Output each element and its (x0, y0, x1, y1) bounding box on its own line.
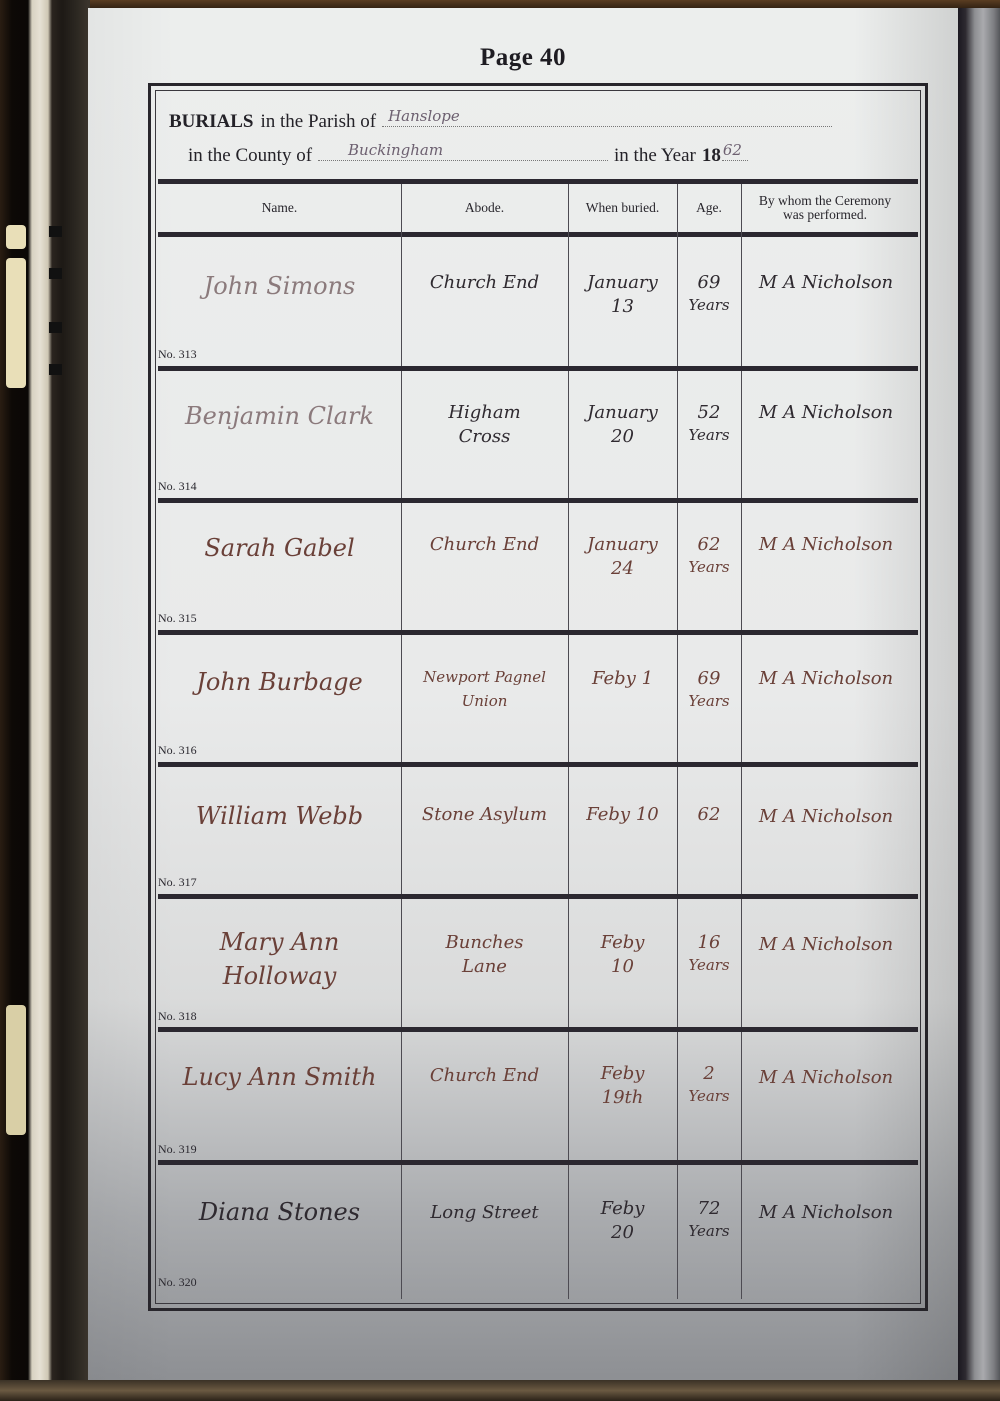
entry-burial-month: January (587, 401, 658, 425)
binding-hole (49, 268, 62, 279)
column-header-name: Name. (158, 184, 401, 232)
entry-abode: Church End (430, 1064, 539, 1088)
entry-officiant: M A Nicholson (759, 805, 893, 829)
entry-burial-month: Feby (601, 1197, 645, 1221)
entry-name: Sarah Gabel (204, 533, 354, 563)
entry-when-buried-cell: January 20 (568, 401, 677, 449)
burial-entry-313: John Simons Church End January 13 69 Yea… (158, 237, 922, 366)
entry-officiant-cell: M A Nicholson (741, 1066, 911, 1090)
entry-age: 69 (698, 667, 721, 691)
entry-number: No. 319 (158, 1142, 197, 1157)
entry-age-unit: Years (688, 425, 729, 445)
year-field: 62 (722, 140, 748, 161)
entry-burial-day: 10 (611, 955, 634, 979)
entry-age-cell: 69 Years (677, 271, 741, 315)
entry-abode-cell: Church End (401, 271, 568, 295)
entry-age-unit: Years (688, 1086, 729, 1106)
burial-entry-318: Mary Ann Holloway Bunches Lane Feby 10 1… (158, 899, 922, 1027)
entry-age-cell: 62 (677, 803, 741, 827)
entry-burial-date: Feby 1 (592, 667, 653, 691)
entry-abode-cell: Newport Pagnel Union (401, 665, 568, 713)
column-header-when-buried: When buried. (568, 184, 677, 232)
entry-name-cell: Benjamin Clark (158, 401, 401, 431)
county-label: in the County of (188, 145, 312, 167)
entry-abode-cell: Church End (401, 533, 568, 557)
entry-age-cell: 62 Years (677, 533, 741, 577)
page-number: Page 40 (88, 44, 958, 72)
entry-officiant: M A Nicholson (759, 933, 893, 957)
entry-name: Lucy Ann Smith (183, 1062, 377, 1092)
entry-burial-month: January (587, 271, 658, 295)
entry-age: 72 (698, 1197, 721, 1221)
entry-burial-day: 13 (611, 295, 634, 319)
year-printed: 18 (702, 145, 721, 167)
entry-name: Benjamin Clark (185, 401, 374, 431)
entry-number: No. 314 (158, 479, 197, 494)
parish-field: Hanslope (382, 106, 832, 127)
entry-name-cell: John Burbage (158, 667, 401, 697)
burial-entry-314: Benjamin Clark Higham Cross January 20 5… (158, 371, 922, 498)
entry-abode: Long Street (430, 1201, 538, 1225)
entry-officiant-cell: M A Nicholson (741, 401, 911, 425)
entry-abode-cell: Long Street (401, 1201, 568, 1225)
register-title: BURIALS in the Parish of Hanslope in the… (166, 106, 911, 186)
county-line: in the County of Buckingham in the Year … (188, 140, 754, 167)
binding-tab (6, 225, 26, 249)
burial-register-table: BURIALS in the Parish of Hanslope in the… (148, 83, 928, 1311)
entry-officiant-cell: M A Nicholson (741, 933, 911, 957)
entry-when-buried-cell: Feby 10 (568, 803, 677, 827)
entry-abode: Stone Asylum (422, 803, 547, 827)
entry-name-cell: Sarah Gabel (158, 533, 401, 563)
entry-age-cell: 2 Years (677, 1062, 741, 1106)
county-value: Buckingham (348, 141, 443, 159)
entry-age-unit: Years (688, 1221, 729, 1241)
entry-abode: Bunches Lane (430, 931, 540, 979)
burial-entry-316: John Burbage Newport Pagnel Union Feby 1… (158, 635, 922, 762)
entry-age-unit: Years (688, 557, 729, 577)
entry-abode: Church End (430, 271, 539, 295)
burial-entry-320: Diana Stones Long Street Feby 20 72 Year… (158, 1165, 922, 1299)
column-header-abode: Abode. (401, 184, 568, 232)
entry-age-cell: 69 Years (677, 667, 741, 711)
entry-abode-cell: Higham Cross (401, 401, 568, 449)
entry-number: No. 318 (158, 1009, 197, 1024)
entry-number: No. 313 (158, 347, 197, 362)
burial-entry-319: Lucy Ann Smith Church End Feby 19th 2 Ye… (158, 1032, 922, 1160)
year-value: 62 (723, 141, 742, 159)
column-header-age: Age. (677, 184, 741, 232)
entry-number: No. 317 (158, 875, 197, 890)
entry-name-cell: Diana Stones (158, 1197, 401, 1227)
entry-age: 52 (698, 401, 721, 425)
book-spine-right (958, 8, 1000, 1383)
entry-when-buried-cell: Feby 19th (568, 1062, 677, 1110)
entry-when-buried-cell: January 13 (568, 271, 677, 319)
book-binding-left (0, 0, 90, 1401)
entry-when-buried-cell: January 24 (568, 533, 677, 581)
entry-when-buried-cell: Feby 20 (568, 1197, 677, 1245)
entry-abode-cell: Bunches Lane (401, 931, 568, 979)
entry-officiant-cell: M A Nicholson (741, 533, 911, 557)
entry-abode-cell: Stone Asylum (401, 803, 568, 827)
entry-age-cell: 72 Years (677, 1197, 741, 1241)
binding-hole (49, 322, 62, 333)
entry-officiant-cell: M A Nicholson (741, 805, 911, 829)
entry-name-cell: John Simons (158, 271, 401, 301)
entry-age-cell: 52 Years (677, 401, 741, 445)
entry-age-unit: Years (688, 691, 729, 711)
entry-officiant: M A Nicholson (759, 533, 893, 557)
year-label: in the Year (614, 145, 696, 167)
entry-burial-day: 20 (611, 425, 634, 449)
entry-when-buried-cell: Feby 10 (568, 931, 677, 979)
entry-age: 16 (698, 931, 721, 955)
entry-age: 62 (698, 803, 721, 827)
parish-label: in the Parish of (260, 111, 376, 133)
entry-name: John Simons (204, 271, 356, 301)
binding-hole (49, 226, 62, 237)
entry-name-cell: Lucy Ann Smith (158, 1062, 401, 1092)
column-header-officiant: By whom the Ceremony was performed. (745, 184, 905, 232)
entry-name: Mary Ann Holloway (180, 925, 380, 993)
entry-burial-day: 20 (611, 1221, 634, 1245)
entry-abode: Church End (430, 533, 539, 557)
county-field: Buckingham (318, 140, 608, 161)
entry-when-buried-cell: Feby 1 (568, 667, 677, 691)
entry-burial-month: Feby (601, 1062, 645, 1086)
binding-tab (6, 1005, 26, 1135)
entry-age: 2 (703, 1062, 714, 1086)
entry-burial-month: January (587, 533, 658, 557)
entry-name: John Burbage (196, 667, 362, 697)
entry-burial-day: 24 (611, 557, 634, 581)
entry-officiant-cell: M A Nicholson (741, 667, 911, 691)
book-bottom-edge (0, 1380, 1000, 1401)
entry-name: Diana Stones (199, 1197, 360, 1227)
entry-name: William Webb (196, 801, 363, 831)
entry-officiant: M A Nicholson (759, 1201, 893, 1225)
binding-hole (49, 364, 62, 375)
entry-age: 69 (698, 271, 721, 295)
burial-entry-317: William Webb Stone Asylum Feby 10 62 M A… (158, 767, 922, 894)
register-page: Page 40 BURIALS in the Parish of Hanslop… (88, 8, 958, 1383)
entry-burial-month: Feby (601, 931, 645, 955)
entry-officiant: M A Nicholson (759, 667, 893, 691)
entry-burial-date: Feby 10 (586, 803, 659, 827)
entry-age-unit: Years (688, 295, 729, 315)
entry-officiant-cell: M A Nicholson (741, 1201, 911, 1225)
entry-abode: Newport Pagnel Union (410, 665, 560, 713)
entry-burial-day: 19th (602, 1086, 644, 1110)
entry-abode: Higham Cross (425, 401, 545, 449)
entry-age-unit: Years (688, 955, 729, 975)
entry-abode-cell: Church End (401, 1064, 568, 1088)
burials-heading: BURIALS (169, 111, 253, 133)
parish-line: BURIALS in the Parish of Hanslope (169, 106, 838, 133)
binding-tab (6, 258, 26, 388)
parish-value: Hanslope (388, 107, 460, 125)
entry-number: No. 315 (158, 611, 197, 626)
entry-name-cell: Mary Ann Holloway (158, 925, 401, 993)
entry-age: 62 (698, 533, 721, 557)
entry-age-cell: 16 Years (677, 931, 741, 975)
entry-officiant: M A Nicholson (759, 271, 893, 295)
entry-officiant: M A Nicholson (759, 401, 893, 425)
entry-number: No. 316 (158, 743, 197, 758)
burial-entry-315: Sarah Gabel Church End January 24 62 Yea… (158, 503, 922, 630)
entry-officiant-cell: M A Nicholson (741, 271, 911, 295)
entry-number: No. 320 (158, 1275, 197, 1290)
entry-name-cell: William Webb (158, 801, 401, 831)
entry-officiant: M A Nicholson (759, 1066, 893, 1090)
